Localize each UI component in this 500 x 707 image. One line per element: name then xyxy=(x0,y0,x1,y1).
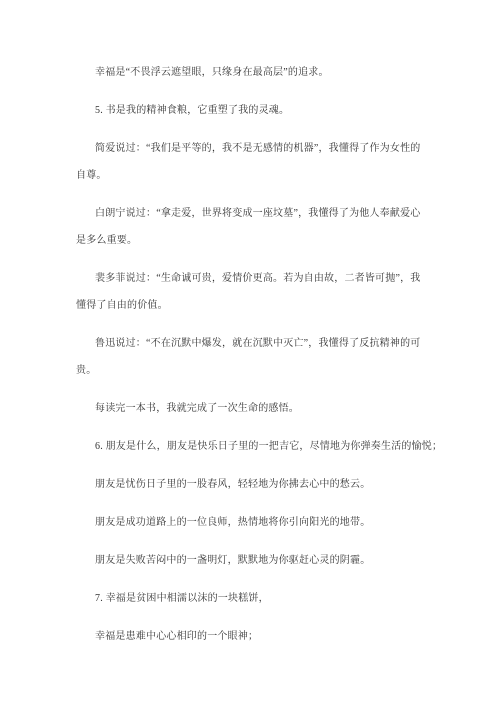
text-line: 6. 朋友是什么，朋友是快乐日子里的一把吉它，尽情地为你弹奏生活的愉悦； xyxy=(76,433,426,460)
text-line: 每读完一本书，我就完成了一次生命的感悟。 xyxy=(76,395,426,422)
text-line: 朋友是成功道路上的一位良师，热情地将你引向阳光的地带。 xyxy=(76,509,426,536)
paragraph: 5. 书是我的精神食粮，它重塑了我的灵魂。 xyxy=(76,97,426,124)
text-line: 白朗宁说过：“拿走爱，世界将变成一座坟墓”，我懂得了为他人奉献爱心 xyxy=(76,200,426,227)
document-viewport: 幸福是“不畏浮云遮望眼，只缘身在最高层”的追求。5. 书是我的精神食粮，它重塑了… xyxy=(0,0,500,707)
paragraph: 6. 朋友是什么，朋友是快乐日子里的一把吉它，尽情地为你弹奏生活的愉悦； xyxy=(76,433,426,460)
paragraph: 朋友是失败苦闷中的一盏明灯，默默地为你驱赶心灵的阴霾。 xyxy=(76,547,426,574)
text-line: 5. 书是我的精神食粮，它重塑了我的灵魂。 xyxy=(76,97,426,124)
text-line: 7. 幸福是贫困中相濡以沫的一块糕饼， xyxy=(76,585,426,612)
text-line: 懂得了自由的价值。 xyxy=(76,292,426,319)
paragraph: 每读完一本书，我就完成了一次生命的感悟。 xyxy=(76,395,426,422)
text-line: 幸福是患难中心心相印的一个眼神； xyxy=(76,623,426,650)
text-line: 自尊。 xyxy=(76,162,426,189)
paragraph: 朋友是忧伤日子里的一股春风，轻轻地为你拂去心中的愁云。 xyxy=(76,471,426,498)
text-line: 简爱说过：“我们是平等的，我不是无感情的机器”，我懂得了作为女性的 xyxy=(76,135,426,162)
paragraph: 裴多菲说过：“生命诚可贵，爱情价更高。若为自由故，二者皆可抛”，我懂得了自由的价… xyxy=(76,265,426,319)
paragraph: 7. 幸福是贫困中相濡以沫的一块糕饼， xyxy=(76,585,426,612)
paragraph: 鲁迅说过：“不在沉默中爆发，就在沉默中灭亡”，我懂得了反抗精神的可贵。 xyxy=(76,330,426,384)
text-line: 朋友是失败苦闷中的一盏明灯，默默地为你驱赶心灵的阴霾。 xyxy=(76,547,426,574)
paragraph: 白朗宁说过：“拿走爱，世界将变成一座坟墓”，我懂得了为他人奉献爱心是多么重要。 xyxy=(76,200,426,254)
text-line: 鲁迅说过：“不在沉默中爆发，就在沉默中灭亡”，我懂得了反抗精神的可 xyxy=(76,330,426,357)
paragraph: 简爱说过：“我们是平等的，我不是无感情的机器”，我懂得了作为女性的自尊。 xyxy=(76,135,426,189)
text-line: 幸福是“不畏浮云遮望眼，只缘身在最高层”的追求。 xyxy=(76,59,426,86)
text-line: 裴多菲说过：“生命诚可贵，爱情价更高。若为自由故，二者皆可抛”，我 xyxy=(76,265,426,292)
paragraph: 朋友是成功道路上的一位良师，热情地将你引向阳光的地带。 xyxy=(76,509,426,536)
paragraph: 幸福是患难中心心相印的一个眼神； xyxy=(76,623,426,650)
text-line: 贵。 xyxy=(76,357,426,384)
text-line: 朋友是忧伤日子里的一股春风，轻轻地为你拂去心中的愁云。 xyxy=(76,471,426,498)
document-page: 幸福是“不畏浮云遮望眼，只缘身在最高层”的追求。5. 书是我的精神食粮，它重塑了… xyxy=(0,0,500,707)
paragraph: 幸福是“不畏浮云遮望眼，只缘身在最高层”的追求。 xyxy=(76,59,426,86)
text-line: 是多么重要。 xyxy=(76,227,426,254)
